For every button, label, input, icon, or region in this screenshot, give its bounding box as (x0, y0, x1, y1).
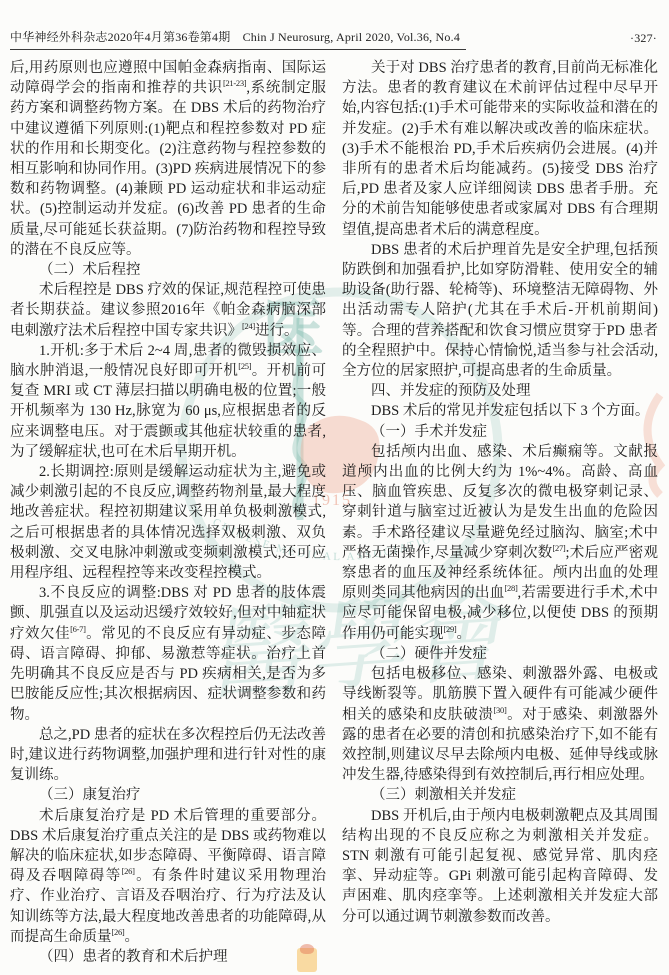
paragraph: 包括颅内出血、感染、术后癫痫等。文献报道颅内出血的比例大约为 1%~4%。高龄、… (342, 442, 658, 644)
paragraph: 包括电极移位、感染、刺激器外露、电极或导线断裂等。肌筋膜下置入硬件有可能减少硬件… (342, 664, 658, 785)
article-body: 后,用药原则也应遵照中国帕金森病指南、国际运动障碍学会的指南和推荐的共识[21-… (10, 58, 658, 969)
paragraph: 术后康复治疗是 PD 术后管理的重要部分。DBS 术后康复治疗重点关注的是 DB… (10, 806, 326, 947)
paragraph: （一）手术并发症 (342, 422, 658, 442)
right-column: 关于对 DBS 治疗患者的教育,目前尚无标准化方法。患者的教育建议在术前评估过程… (342, 58, 658, 969)
paragraph: 2.长期调控:原则是缓解运动症状为主,避免或减少刺激引起的不良反应,调整药物剂量… (10, 462, 326, 583)
journal-page: 医 1915 CHINESE MEDICAL ASSOCIATION 醫學會 中… (0, 0, 669, 975)
paragraph: （四）患者的教育和术后护理 (10, 947, 326, 967)
paragraph: （三）康复治疗 (10, 785, 326, 805)
running-head: 中华神经外科杂志2020年4月第36卷第4期 Chin J Neurosurg,… (10, 28, 657, 50)
paragraph: 术后程控是 DBS 疗效的保证,规范程控可使患者长期获益。建议参照2016年《帕… (10, 280, 326, 341)
journal-citation: 中华神经外科杂志2020年4月第36卷第4期 Chin J Neurosurg,… (10, 28, 466, 50)
left-column: 后,用药原则也应遵照中国帕金森病指南、国际运动障碍学会的指南和推荐的共识[21-… (10, 58, 326, 969)
paragraph: （二）硬件并发症 (342, 644, 658, 664)
paragraph: DBS 术后的常见并发症包括以下 3 个方面。 (342, 401, 658, 421)
paragraph: （三）刺激相关并发症 (342, 785, 658, 805)
paragraph: 1.开机:多于术后 2~4 周,患者的微毁损效应、脑水肿消退,一般情况良好即可开… (10, 341, 326, 462)
paragraph: 后,用药原则也应遵照中国帕金森病指南、国际运动障碍学会的指南和推荐的共识[21-… (10, 58, 326, 260)
paragraph: 总之,PD 患者的症状在多次程控后仍无法改善时,建议进行药物调整,加强护理和进行… (10, 725, 326, 786)
paragraph: 3.不良反应的调整:DBS 对 PD 患者的肢体震颤、肌强直以及运动迟缓疗效较好… (10, 583, 326, 724)
paragraph: DBS 开机后,由于颅内电极刺激靶点及其周围结构出现的不良反应称之为刺激相关并发… (342, 806, 658, 927)
page-number: ·327· (630, 31, 657, 50)
paragraph: （二）术后程控 (10, 260, 326, 280)
paragraph: DBS 患者的术后护理首先是安全护理,包括预防跌倒和加强看护,比如穿防滑鞋、使用… (342, 240, 658, 381)
paragraph: 四、并发症的预防及处理 (342, 381, 658, 401)
paragraph: 关于对 DBS 治疗患者的教育,目前尚无标准化方法。患者的教育建议在术前评估过程… (342, 58, 658, 240)
